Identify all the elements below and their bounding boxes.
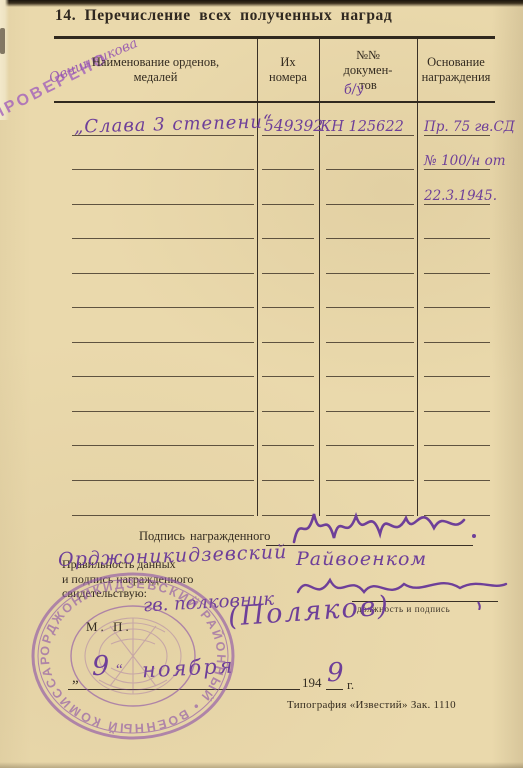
table-cell-basis: 22.3.1945. [424, 169, 490, 205]
basis-handwritten-value: 22.3.1945. [424, 188, 497, 204]
table-cell-basis: Пр. 75 гв.СД [424, 100, 490, 136]
typography-imprint: Типография «Известий» Зак. 1110 [287, 699, 456, 711]
award-record-page: 14. Перечисление всех полученных наград … [0, 0, 523, 768]
table-cell-basis [424, 376, 490, 412]
table-row: № 100/н от [54, 136, 495, 171]
year-suffix: г. [347, 677, 354, 693]
table-cell-document [326, 135, 414, 171]
scan-edge-mark [0, 28, 5, 54]
basis-handwritten-value: Пр. 75 гв.СД [424, 119, 515, 135]
table-cell-number [262, 376, 314, 412]
table-cell-document [326, 169, 414, 205]
year-digit-handwritten: 9 [327, 658, 344, 688]
table-cell-basis [424, 445, 490, 481]
table-cell-number [262, 238, 314, 274]
table-cell-document [326, 238, 414, 274]
award-handwritten-value: „Слава 3 степени“ [74, 111, 274, 137]
table-cell-award [72, 411, 254, 447]
awards-table: Наименование орденов, медалей Их номера … [54, 36, 495, 516]
table-cell-basis [424, 273, 490, 309]
table-row: „Слава 3 степени“549392КН 125622Пр. 75 г… [54, 101, 495, 136]
table-cell-award [72, 376, 254, 412]
table-cell-basis [424, 307, 490, 343]
table-cell-number [262, 169, 314, 205]
year-printed-prefix: 194 [302, 675, 322, 691]
header-numbers: Их номера [257, 39, 319, 101]
table-cell-basis [424, 342, 490, 378]
table-body: „Слава 3 степени“549392КН 125622Пр. 75 г… [54, 101, 495, 516]
table-cell-award [72, 445, 254, 481]
table-cell-number [262, 135, 314, 171]
scan-edge-bottom [0, 762, 523, 768]
table-cell-document [326, 273, 414, 309]
table-cell-number [262, 445, 314, 481]
table-cell-basis: № 100/н от [424, 135, 490, 171]
table-cell-award [72, 307, 254, 343]
table-cell-number [262, 307, 314, 343]
table-cell-number [262, 273, 314, 309]
table-cell-number: 549392 [262, 100, 314, 136]
scan-edge-top [0, 0, 523, 7]
military-commissariat-seal: ОРДЖОНИКИДЗЕВСКИЙ РАЙОННЫЙ • ВОЕННЫЙ КОМ… [26, 570, 240, 746]
commissariat-name-handwritten: Орджоникидзевский [58, 541, 288, 571]
table-cell-number [262, 411, 314, 447]
table-row [54, 377, 495, 412]
table-cell-award [72, 480, 254, 516]
table-cell-basis [424, 238, 490, 274]
table-cell-document: КН 125622 [326, 100, 414, 136]
table-cell-number [262, 342, 314, 378]
document-handwritten-value: КН 125622 [320, 119, 404, 135]
table-cell-document [326, 342, 414, 378]
table-cell-document [326, 307, 414, 343]
table-cell-number [262, 204, 314, 240]
year-underline [326, 689, 343, 690]
official-signature [292, 566, 514, 610]
table-row [54, 205, 495, 240]
table-header-row: Наименование орденов, медалей Их номера … [54, 39, 495, 103]
table-cell-basis [424, 204, 490, 240]
table-row [54, 343, 495, 378]
awardee-signature [286, 494, 486, 552]
table-cell-basis [424, 411, 490, 447]
table-cell-award [72, 238, 254, 274]
header-award-name: Наименование орденов, медалей [54, 39, 257, 101]
document-margin-note: б/у [343, 81, 364, 98]
table-row [54, 412, 495, 447]
table-row [54, 274, 495, 309]
header-basis: Основание награждения [417, 39, 495, 101]
table-cell-award [72, 273, 254, 309]
table-cell-award: „Слава 3 степени“ [72, 100, 254, 136]
table-row: 22.3.1945. [54, 170, 495, 205]
table-row [54, 239, 495, 274]
header-documents: №№ докумен- тов [319, 39, 417, 101]
table-cell-award [72, 204, 254, 240]
table-cell-document [326, 411, 414, 447]
basis-handwritten-value: № 100/н от [424, 153, 506, 169]
table-cell-award [72, 342, 254, 378]
table-cell-award [72, 135, 254, 171]
table-cell-document [326, 376, 414, 412]
page-title: 14. Перечисление всех полученных наград [55, 7, 392, 25]
table-cell-document [326, 204, 414, 240]
table-row [54, 446, 495, 481]
table-cell-award [72, 169, 254, 205]
number-handwritten-value: 549392 [264, 117, 323, 135]
table-cell-document [326, 445, 414, 481]
table-row [54, 308, 495, 343]
seal-place-label: М. П. [86, 619, 132, 635]
